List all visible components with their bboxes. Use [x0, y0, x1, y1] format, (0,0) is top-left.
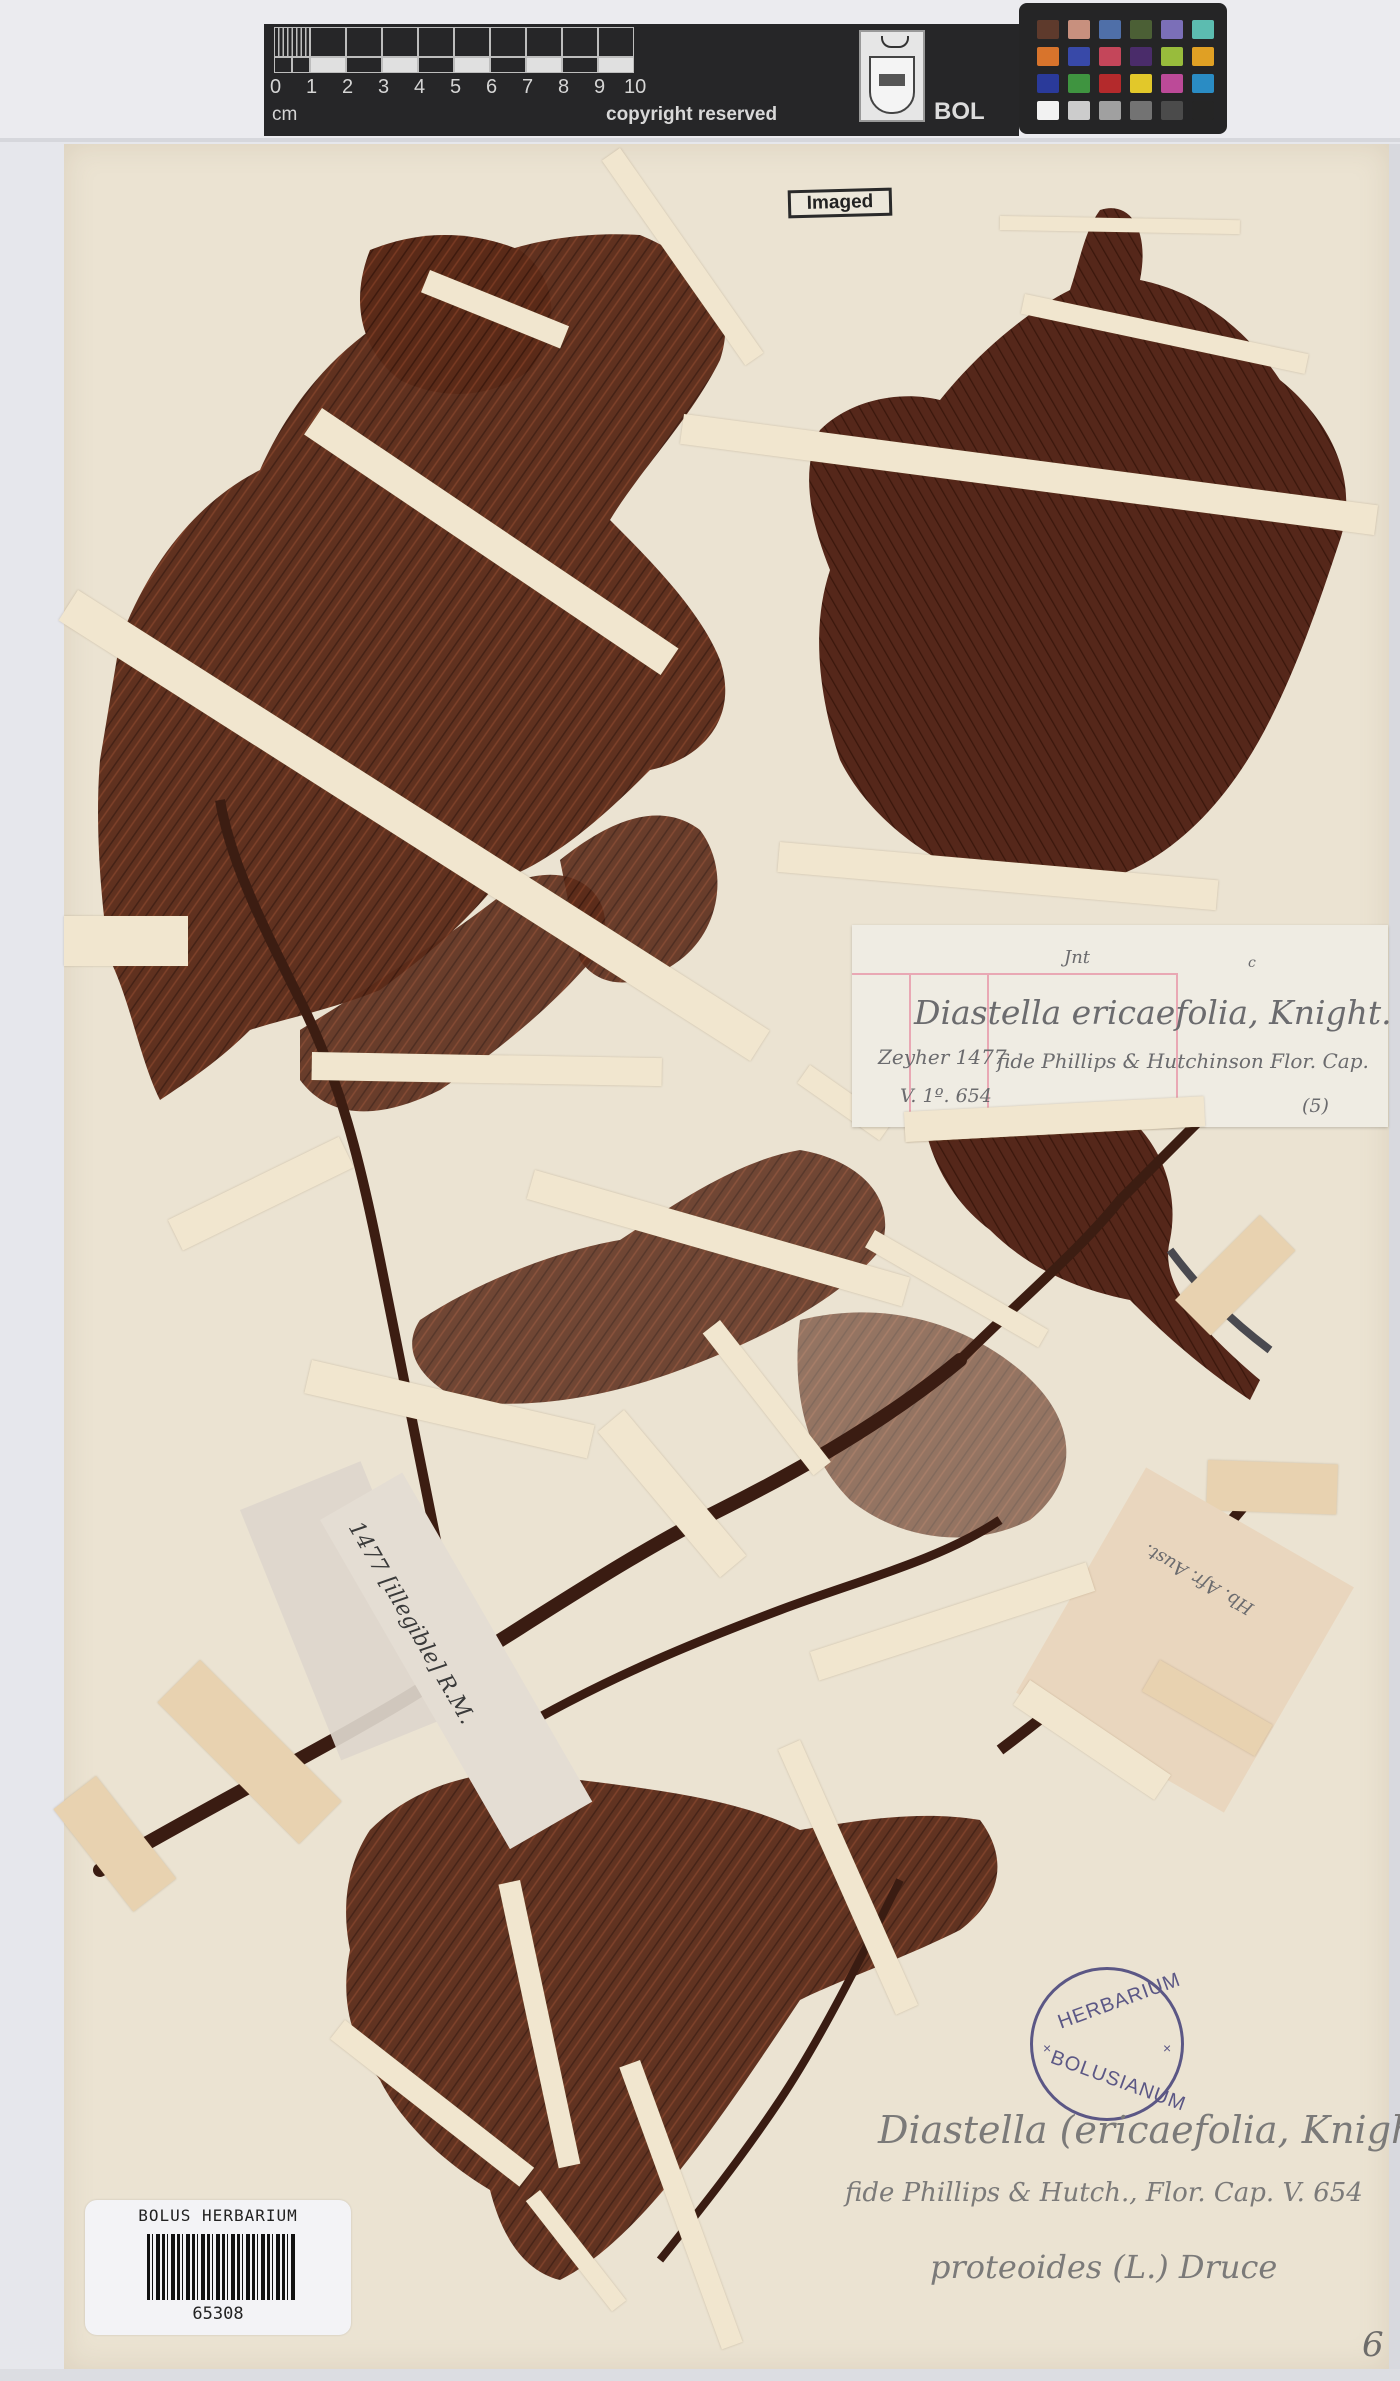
annotation-line-3: proteoides (L.) Druce [930, 2248, 1277, 2286]
stamp-cross: × [1163, 2040, 1172, 2056]
sheet-number: 6 [1362, 2325, 1384, 2365]
annotation-line-1: Diastella (ericaefolia, Knight) [878, 2108, 1400, 2152]
label-fide: fide Phillips & Hutchinson Flor. Cap. [997, 1049, 1369, 1073]
mounting-tape [1206, 1460, 1338, 1515]
annotation-line-2: fide Phillips & Hutch., Flor. Cap. V. 65… [845, 2178, 1363, 2208]
label-taxon: Diastella ericaefolia, Knight. [914, 993, 1392, 1032]
stamp-cross: × [1043, 2040, 1052, 2056]
barcode-label: BOLUS HERBARIUM 65308 [85, 2200, 351, 2335]
label-header: Jnt [1064, 947, 1090, 968]
barcode-icon [147, 2234, 295, 2300]
label-note: (5) [1302, 1095, 1329, 1117]
label-corner-mark: c [1248, 955, 1256, 971]
stamp-bottom-text: BOLUSIANUM [1047, 2046, 1189, 2116]
mounting-tape [64, 916, 188, 966]
label-rule [852, 973, 1178, 975]
stamp-top-text: HERBARIUM [1055, 1969, 1184, 2035]
herbarium-stamp: HERBARIUM × × BOLUSIANUM [1030, 1967, 1184, 2121]
barcode-number: 65308 [85, 2304, 351, 2324]
label-collector-number: Zeyher 1477 [878, 1045, 1007, 1069]
label-reference: V. 1º. 654 [900, 1085, 992, 1107]
barcode-title: BOLUS HERBARIUM [85, 2206, 351, 2225]
packet-handwriting: Hb. Afr. Aust. [1140, 1539, 1257, 1619]
plant-specimen [0, 0, 1400, 2381]
determination-label: Jnt c Diastella ericaefolia, Knight. Zey… [852, 925, 1388, 1127]
